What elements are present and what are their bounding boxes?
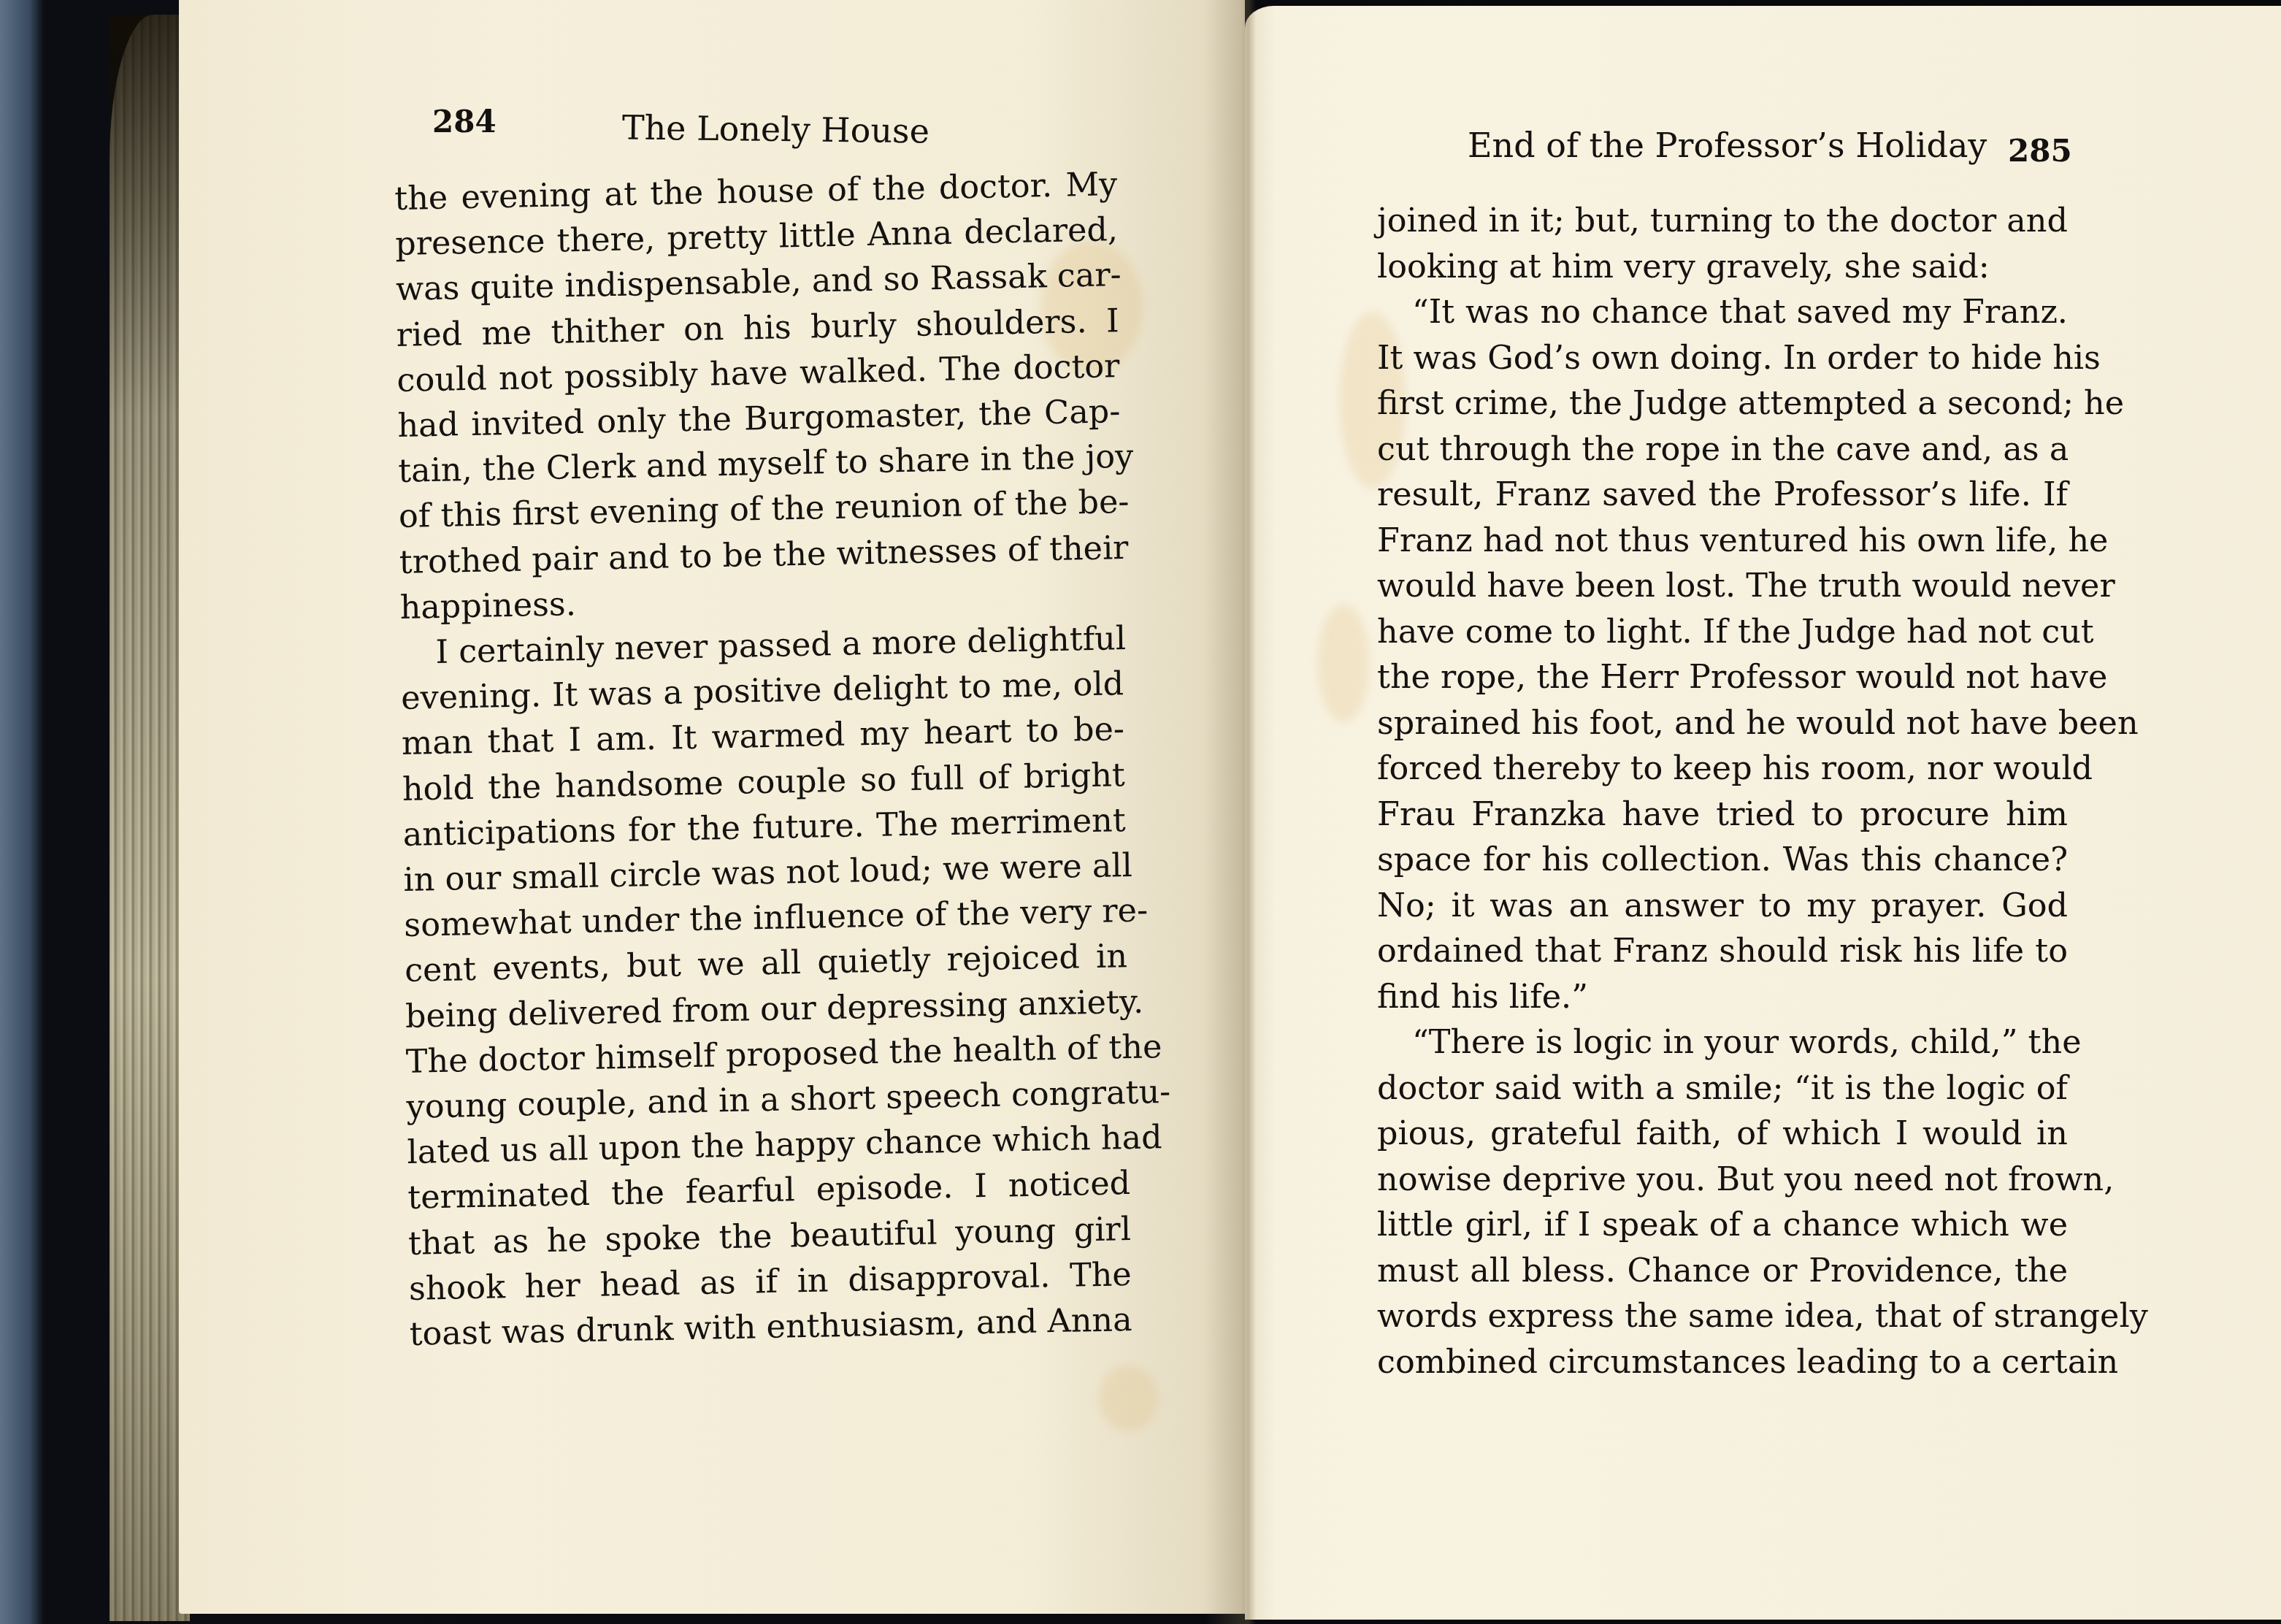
- book-gutter: [1205, 0, 1256, 1624]
- text-line: combined circumstances leading to a cert…: [1377, 1340, 2068, 1386]
- text-line: space for his collection. Was this chanc…: [1377, 838, 2068, 884]
- left-page-text: the evening at the house of the doctor. …: [394, 162, 1132, 1357]
- left-page-number: 284: [432, 104, 497, 139]
- text-line: the rope, the Herr Professor would not h…: [1377, 655, 2068, 701]
- left-running-head: The Lonely House: [622, 107, 929, 150]
- text-line: cut through the rope in the cave and, as…: [1377, 427, 2068, 473]
- foxing-stain: [1099, 1366, 1157, 1431]
- text-line: little girl, if I speak of a chance whic…: [1377, 1203, 2068, 1249]
- text-line: first crime, the Judge attempted a secon…: [1377, 381, 2068, 427]
- right-page-text: joined in it; but, turning to the doctor…: [1377, 199, 2068, 1385]
- text-line: forced thereby to keep his room, nor wou…: [1377, 746, 2068, 792]
- text-line: “It was no chance that saved my Franz.: [1377, 290, 2068, 336]
- text-line: nowise deprive you. But you need not fro…: [1377, 1157, 2068, 1203]
- text-line: It was God’s own doing. In order to hide…: [1377, 336, 2068, 382]
- right-running-head: End of the Professor’s Holiday: [1468, 126, 1987, 165]
- text-line: joined in it; but, turning to the doctor…: [1377, 199, 2068, 245]
- text-line: have come to light. If the Judge had not…: [1377, 610, 2068, 656]
- text-line: result, Franz saved the Professor’s life…: [1377, 472, 2068, 518]
- text-line: Frau Franzka have tried to procure him: [1377, 792, 2068, 838]
- text-line: pious, grateful faith, of which I would …: [1377, 1111, 2068, 1157]
- text-line: Franz had not thus ventured his own life…: [1377, 518, 2068, 564]
- text-line: No; it was an answer to my prayer. God: [1377, 884, 2068, 930]
- text-line: “There is logic in your words, child,” t…: [1377, 1020, 2068, 1066]
- text-line: find his life.”: [1377, 975, 2068, 1021]
- text-line: ordained that Franz should risk his life…: [1377, 929, 2068, 975]
- stacked-page-edges: [110, 15, 190, 1621]
- text-line: looking at him very gravely, she said:: [1377, 245, 2068, 291]
- text-line: doctor said with a smile; “it is the log…: [1377, 1066, 2068, 1112]
- foxing-stain: [1318, 605, 1369, 721]
- text-line: must all bless. Chance or Providence, th…: [1377, 1249, 2068, 1295]
- text-line: sprained his foot, and he would not have…: [1377, 701, 2068, 747]
- right-page-number: 285: [2008, 133, 2072, 169]
- text-line: words express the same idea, that of str…: [1377, 1294, 2068, 1340]
- text-line: would have been lost. The truth would ne…: [1377, 564, 2068, 610]
